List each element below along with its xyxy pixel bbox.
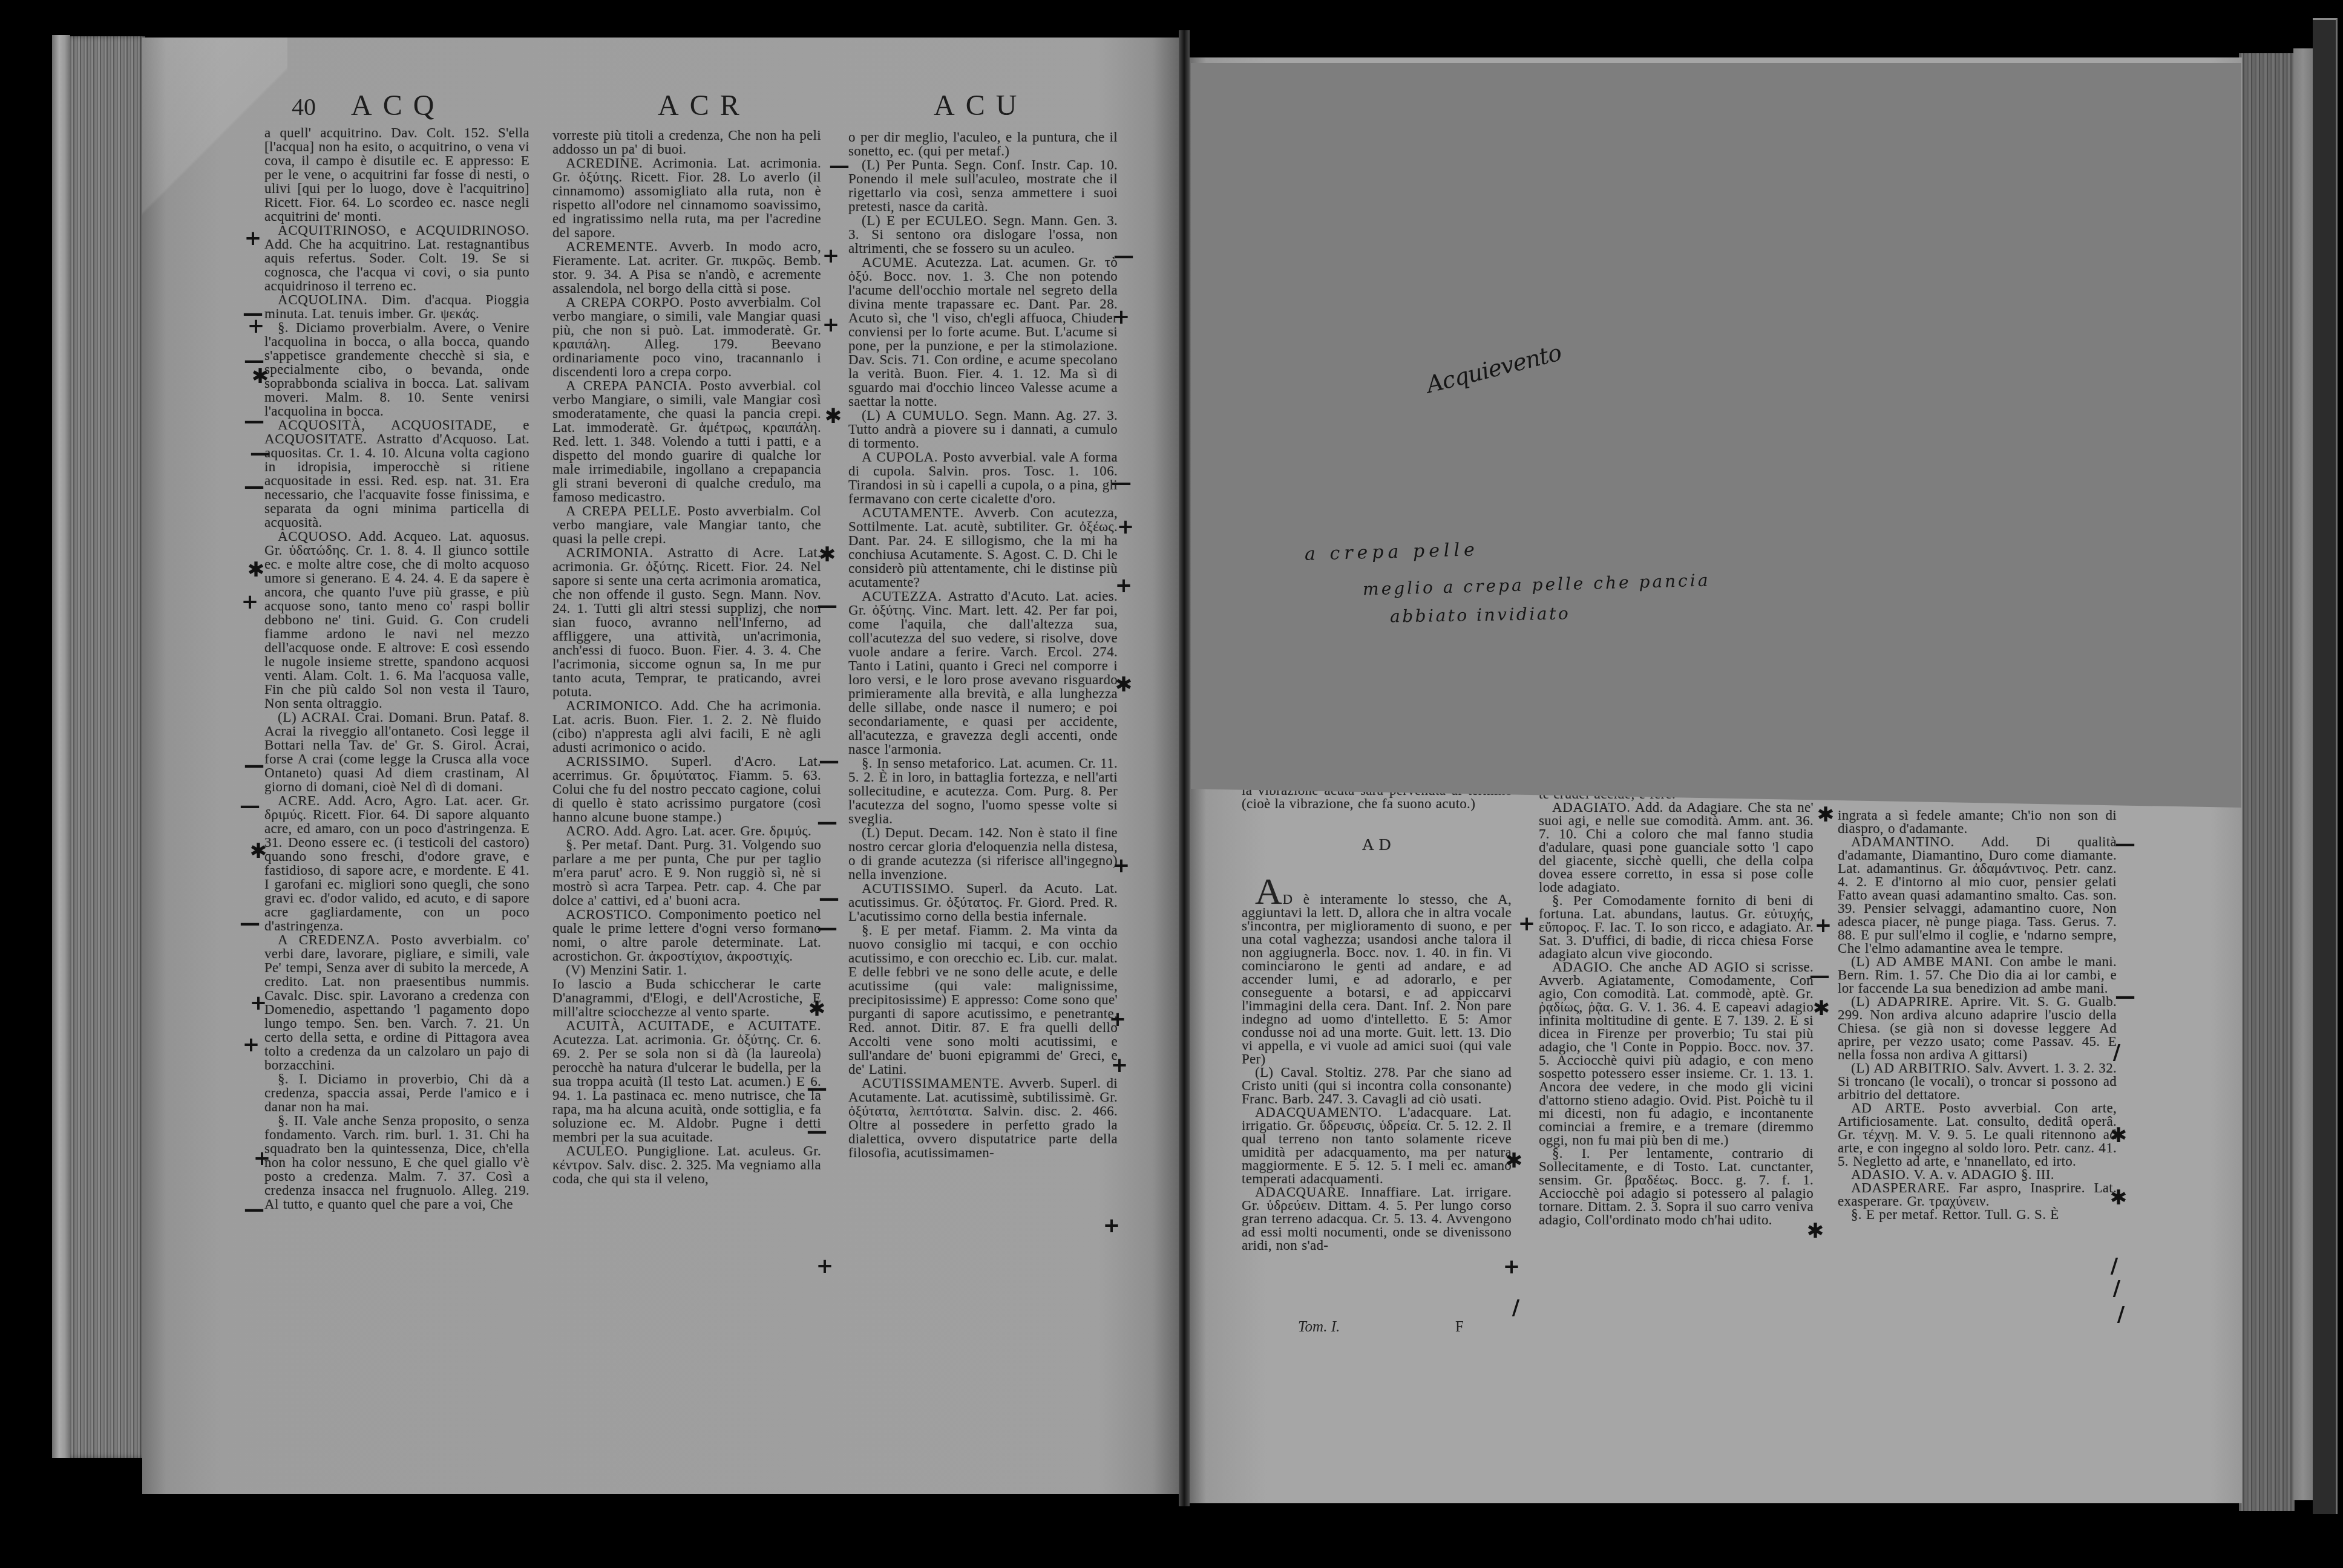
entry-text: §. II. Vale anche Senza proposito, o sen… (264, 1113, 529, 1212)
margin-dash-mark: — (807, 1078, 827, 1099)
entry-text: Io lascio a Buda schiccherar le carte D'… (552, 976, 821, 1019)
dictionary-entry: ACUTISSIMO. Superl. da Acuto. Lat. acuti… (848, 881, 1118, 923)
dictionary-entry: §. I. Diciamo in proverbio, Chi dà a cre… (264, 1072, 529, 1114)
dictionary-entry: §. E per metaf. Fiamm. 2. Ma vinta da nu… (848, 923, 1118, 1076)
headword: ACUTAMENTE. (862, 505, 964, 520)
margin-star-mark: ✱ (819, 544, 836, 565)
margin-dash-mark: — (2115, 986, 2135, 1007)
headword: A CREPA PELLE. (566, 503, 681, 518)
margin-cross-mark: + (241, 592, 259, 612)
headword: ACROSTICO. (566, 907, 652, 922)
dictionary-entry: ADACQUAMENTO. L'adacquare. Lat. irrigati… (1242, 1106, 1512, 1186)
headword: (L) ACRAI. (278, 710, 350, 725)
dictionary-entry: §. Per Comodamente fornito di beni di fo… (1539, 894, 1814, 961)
margin-cross-mark: + (1815, 915, 1832, 936)
entry-text: Astratto d'Acquoso. Lat. aquositas. Cr. … (264, 431, 529, 530)
dictionary-entry: §. I. Per lentamente, contrario di Solle… (1539, 1147, 1814, 1227)
headword: ACUTISSIMO. (862, 881, 954, 896)
running-head-center: ACR (658, 91, 750, 120)
dictionary-entry: (L) ACRAI. Crai. Domani. Brun. Pataf. 8.… (264, 710, 529, 794)
dictionary-entry: ACRIMONICO. Add. Che ha acrimonia. Lat. … (552, 699, 821, 754)
margin-star-mark: ✱ (1813, 998, 1830, 1019)
margin-cross-mark: + (1113, 307, 1130, 327)
left-page-stack (70, 36, 145, 1458)
dictionary-entry: A D (1242, 838, 1512, 852)
dictionary-entry: Io lascio a Buda schiccherar le carte D'… (552, 977, 821, 1019)
headword: A CREPA CORPO. (566, 295, 684, 310)
margin-dash-mark: — (819, 751, 839, 771)
headword: A D (1362, 835, 1392, 854)
dictionary-entry: A CREPA CORPO. Posto avverbialm. Col ver… (552, 295, 821, 379)
right-page-stack-band (2293, 48, 2313, 1500)
headword: ACUTISSIMAMENTE. (862, 1076, 1004, 1091)
dictionary-entry: ACUME. Acutezza. Lat. acumen. Gr. τὸ ὀξύ… (848, 255, 1118, 408)
entry-text: Add. Acqueo. Lat. aquosus. Gr. ὑδατώδης.… (264, 529, 529, 711)
margin-dash-mark: — (244, 1199, 264, 1220)
dictionary-entry: ACRISSIMO. Superl. d'Acro. Lat. acerrimu… (552, 754, 821, 824)
margin-star-mark: ✱ (1807, 1221, 1824, 1241)
dictionary-entry: ingrata a sì fedele amante; Ch'io non so… (1838, 809, 2117, 835)
margin-dash-mark: — (819, 888, 839, 909)
margin-dash-mark: — (240, 795, 260, 816)
entry-text: Astratto di Acre. Lat. acrimonia. Gr. ὀξ… (552, 545, 821, 699)
dictionary-entry: a quell' acquitrino. Dav. Colt. 152. S'e… (264, 126, 529, 223)
headword: ACUME. (862, 255, 917, 270)
left-column-3: o per dir meglio, l'aculeo, e la puntura… (848, 130, 1118, 1307)
dictionary-entry: ADAGIATO. Add. da Adagiare. Che sta ne' … (1539, 801, 1814, 894)
entry-text: (V) Menzini Satir. 1. (566, 962, 687, 978)
margin-star-mark: ✱ (825, 406, 842, 426)
entry-text: §. Diciamo proverbialm. Avere, o Venire … (264, 320, 529, 419)
entry-text: Acutezza. Lat. acumen. Gr. τὸ ὀξύ. Bocc.… (848, 255, 1118, 409)
dictionary-entry: AD è interamente lo stesso, che A, aggiu… (1242, 880, 1512, 1066)
margin-cross-mark: + (247, 316, 265, 336)
entry-text: Posto avverbialm. co' verbi dare, lavora… (264, 932, 529, 1073)
margin-dash-mark: — (244, 476, 264, 497)
dictionary-entry: §. Per metaf. Dant. Purg. 31. Volgendo s… (552, 838, 821, 907)
dictionary-entry: ACREDINE. Acrimonia. Lat. acrimonia. Gr.… (552, 156, 821, 240)
dictionary-entry: (L) ADAPRIRE. Aprire. Vit. S. G. Gualb. … (1838, 995, 2117, 1062)
dictionary-entry: ACRE. Add. Acro, Agro. Lat. acer. Gr. δρ… (264, 794, 529, 933)
dictionary-entry: (L) E per ECULEO. Segn. Mann. Gen. 3. 3.… (848, 214, 1118, 255)
margin-cross-mark: + (1109, 1009, 1127, 1030)
entry-text: o per dir meglio, l'aculeo, e la puntura… (848, 130, 1118, 158)
margin-cross-mark: + (1103, 1215, 1121, 1236)
margin-star-mark: ✱ (252, 366, 269, 387)
headword: ACRO. (566, 823, 610, 838)
margin-dash-mark: — (817, 918, 837, 938)
entry-text: §. I. Per lentamente, contrario di Solle… (1539, 1146, 1814, 1227)
margin-star-mark: ✱ (1506, 1151, 1523, 1171)
margin-dash-mark: — (250, 443, 270, 463)
dictionary-entry: ACQUOLINA. Dim. d'acqua. Pioggia minuta.… (264, 293, 529, 321)
dictionary-entry: (L) Caval. Stoltiz. 278. Par che siano a… (1242, 1066, 1512, 1106)
left-cover-edge (52, 35, 70, 1458)
margin-cross-mark: + (1115, 575, 1133, 596)
entry-text: Che anche AD AGIO si scrisse. Avverb. Ag… (1539, 959, 1814, 1148)
entry-text: a quell' acquitrino. Dav. Colt. 152. S'e… (264, 126, 529, 224)
right-column-1: la vibrazione acuta sarà pervenuta al te… (1242, 784, 1512, 1380)
headword: A CREPA PANCIA. (566, 378, 692, 393)
entry-text: Acutezza. Lat. acrimonia. Gr. ὀξύτης. Cr… (552, 1032, 821, 1145)
paper-slip-overlay: Acquievento a crepa pelle meglio a crepa… (1191, 63, 2241, 808)
entry-text: §. Per Comodamente fornito di beni di fo… (1539, 893, 1814, 961)
left-column-2: vorreste più titoli a credenza, Che non … (552, 128, 821, 1302)
headword: A CUPOLA. (862, 449, 938, 465)
dictionary-entry: (L) AD ARBITRIO. Salv. Avvert. 1. 3. 2. … (1838, 1062, 2117, 1102)
page-number: 40 (292, 95, 316, 119)
dictionary-entry: ACUTAMENTE. Avverb. Con acutezza, Sottil… (848, 506, 1118, 589)
right-column-3: ingrata a sì fedele amante; Ch'io non so… (1838, 809, 2117, 1380)
headword: A CREDENZA. (278, 932, 380, 947)
margin-cross-mark: + (243, 1034, 260, 1055)
margin-cross-mark: + (1117, 517, 1135, 537)
left-column-1: a quell' acquitrino. Dav. Colt. 152. S'e… (264, 126, 529, 1299)
right-column-2: te crudel uccide, e fere.ADAGIATO. Add. … (1539, 788, 1814, 1371)
dictionary-entry: ACQUOSITÀ, ACQUOSITADE, e ACQUOSITATE. A… (264, 418, 529, 529)
margin-star-mark: ✱ (2110, 1187, 2128, 1208)
dictionary-entry: A CREPA PELLE. Posto avverbialm. Col ver… (552, 504, 821, 546)
margin-dash-mark: — (817, 595, 837, 616)
headword: ACRIMONICO. (566, 698, 663, 713)
margin-cross-mark: + (244, 228, 262, 249)
margin-dash-mark: — (1809, 965, 1830, 986)
headword: ACRE. (278, 793, 320, 808)
headword: ACQUITRINOSO, e ACQUIDRINOSO. (278, 223, 529, 238)
entry-text: (L) Deput. Decam. 142. Non è stato il fi… (848, 825, 1118, 882)
margin-dash-mark: — (807, 1121, 827, 1142)
headword: ACQUOSO. (278, 529, 352, 544)
dictionary-entry: §. II. Vale anche Senza proposito, o sen… (264, 1114, 529, 1211)
entry-text: §. E per metaf. Rettor. Tull. G. S. È (1851, 1207, 2059, 1222)
margin-star-mark: ✱ (250, 841, 267, 861)
margin-cross-mark: + (816, 1256, 834, 1276)
entry-text: ingrata a sì fedele amante; Ch'io non so… (1838, 809, 2117, 836)
dictionary-entry: ACREMENTE. Avverb. In modo acro, Fierame… (552, 240, 821, 295)
dictionary-entry: vorreste più titoli a credenza, Che non … (552, 128, 821, 156)
dictionary-entry: ADASPERARE. Far aspro, Inasprire. Lat. e… (1838, 1181, 2117, 1208)
dictionary-entry: §. Diciamo proverbialm. Avere, o Venire … (264, 321, 529, 418)
dictionary-entry: ADACQUARE. Innaffiare. Lat. irrigare. Gr… (1242, 1186, 1512, 1252)
margin-dash-mark: — (2115, 834, 2135, 854)
dictionary-entry: A CREPA PANCIA. Posto avverbial. col ver… (552, 379, 821, 504)
margin-dash-mark: — (240, 913, 260, 933)
dictionary-entry: ADAGIO. Che anche AD AGIO si scrisse. Av… (1539, 961, 1814, 1147)
margin-slash-mark: / (1512, 1298, 1519, 1318)
margin-cross-mark: + (822, 246, 840, 266)
entry-text: vorreste più titoli a credenza, Che non … (552, 128, 821, 157)
entry-text: Add. Che ha acquitrino. Lat. restagnanti… (264, 237, 529, 293)
entry-text: Add. Agro. Lat. acer. Gre. δριμύς. (613, 823, 811, 838)
margin-dash-mark: — (1111, 472, 1132, 493)
margin-dash-mark: — (829, 155, 850, 176)
margin-slash-mark: / (2117, 1304, 2125, 1325)
dictionary-entry: (L) AD AMBE MANI. Con ambe le mani. Bern… (1838, 955, 2117, 995)
dictionary-entry: A CUPOLA. Posto avverbial. vale A forma … (848, 450, 1118, 506)
headword: ACUITÀ, ACUITADE, e ACUITATE. (566, 1018, 821, 1033)
handwritten-note-line-2: meglio a crepa pelle che pancia (1363, 570, 1711, 599)
dictionary-entry: ACROSTICO. Componimento poetico nel qual… (552, 907, 821, 963)
dictionary-entry: (L) A CUMULO. Segn. Mann. Ag. 27. 3. Tut… (848, 408, 1118, 450)
entry-text: §. I. Diciamo in proverbio, Chi dà a cre… (264, 1071, 529, 1114)
dictionary-entry: §. In senso metaforico. Lat. acumen. Cr.… (848, 756, 1118, 826)
handwritten-word: Acquievento (1424, 339, 1564, 399)
margin-cross-mark: + (822, 315, 840, 335)
entry-text: §. Per metaf. Dant. Purg. 31. Volgendo s… (552, 837, 821, 908)
dictionary-entry: ADAMANTINO. Add. Di qualità d'adamante, … (1838, 835, 2117, 955)
entry-text: Posto avverbial. col verbo Mangiare, o s… (552, 378, 821, 505)
headword: ACQUOLINA. (278, 292, 367, 307)
entry-text: §. In senso metaforico. Lat. acumen. Cr.… (848, 756, 1118, 826)
margin-dash-mark: — (817, 812, 837, 832)
margin-star-mark: ✱ (1817, 805, 1835, 825)
headword: ACUTEZZA. (862, 589, 942, 604)
margin-slash-mark: / (2113, 1278, 2120, 1299)
margin-slash-mark: / (2111, 1256, 2118, 1276)
dictionary-entry: ACULEO. Pungiglione. Lat. aculeus. Gr. κ… (552, 1144, 821, 1186)
right-page-stack (2239, 53, 2295, 1511)
handwritten-note-line-3: abbiato invidiato (1390, 603, 1571, 626)
entry-text: Add. Acro, Agro. Lat. acer. Gr. δριμύς. … (264, 793, 529, 933)
dictionary-entry: ACUITÀ, ACUITADE, e ACUITATE. Acutezza. … (552, 1019, 821, 1144)
margin-star-mark: ✱ (1115, 675, 1133, 695)
dictionary-entry: ACRIMONIA. Astratto di Acre. Lat. acrimo… (552, 546, 821, 699)
dictionary-entry: ADASIO. V. A. v. ADAGIO §. III. (1838, 1168, 2117, 1181)
headword: ACULEO. (566, 1143, 628, 1158)
entry-text: Add. da Adagiare. Che sta ne' suoi agi, … (1539, 800, 1814, 895)
running-head-right: ACU (934, 91, 1027, 120)
dictionary-entry: ACQUOSO. Add. Acqueo. Lat. aquosus. Gr. … (264, 529, 529, 710)
gathering-signature: F (1455, 1319, 1464, 1336)
dictionary-entry: ACUTEZZA. Astratto d'Acuto. Lat. acies. … (848, 589, 1118, 756)
margin-dash-mark: — (244, 755, 264, 776)
right-cover-edge (2313, 18, 2338, 1514)
book-gutter (1179, 30, 1190, 1506)
dictionary-entry: §. E per metaf. Rettor. Tull. G. S. È (1838, 1208, 2117, 1221)
margin-star-mark: ✱ (247, 560, 265, 580)
headword: ACREDINE. (566, 155, 643, 171)
entry-text: Add. Di qualità d'adamante, Diamantino, … (1838, 834, 2117, 956)
running-head-left: ACQ (351, 91, 445, 120)
margin-dash-mark: — (244, 411, 264, 431)
dictionary-entry: (L) Per Punta. Segn. Conf. Instr. Cap. 1… (848, 158, 1118, 214)
dictionary-entry: ACRO. Add. Agro. Lat. acer. Gre. δριμύς. (552, 824, 821, 838)
left-page: 40 ACQ ACR ACU a quell' acquitrino. Dav.… (142, 38, 1182, 1494)
entry-text: (L) Per Punta. Segn. Conf. Instr. Cap. 1… (848, 157, 1118, 214)
headword: (L) E per ECULEO. (862, 213, 987, 228)
margin-star-mark: ✱ (2110, 1125, 2128, 1146)
margin-cross-mark: + (254, 1148, 271, 1169)
dictionary-entry: (V) Menzini Satir. 1. (552, 963, 821, 977)
margin-cross-mark: + (1518, 913, 1536, 934)
dictionary-entry: AD ARTE. Posto avverbial. Con arte, Arti… (1838, 1102, 2117, 1168)
dictionary-entry: A CREDENZA. Posto avverbialm. co' verbi … (264, 933, 529, 1072)
margin-cross-mark: + (250, 993, 267, 1013)
right-page: la vibrazione acuta sarà pervenuta al te… (1188, 57, 2242, 1503)
margin-slash-mark: / (2113, 1042, 2120, 1063)
dictionary-entry: ACQUITRINOSO, e ACQUIDRINOSO. Add. Che h… (264, 223, 529, 293)
dictionary-entry: (L) Deput. Decam. 142. Non è stato il fi… (848, 826, 1118, 881)
headword: (L) A CUMULO. (862, 408, 969, 423)
headword: ACRIMONIA. (566, 545, 654, 560)
entry-text: Astratto d'Acuto. Lat. acies. Gr. ὀξύτης… (848, 589, 1118, 757)
dictionary-entry: ACUTISSIMAMENTE. Avverb. Superl. di Acut… (848, 1076, 1118, 1160)
entry-text: §. E per metaf. Fiamm. 2. Ma vinta da nu… (848, 923, 1118, 1077)
margin-cross-mark: + (1503, 1256, 1521, 1277)
dictionary-entry: o per dir meglio, l'aculeo, e la puntura… (848, 130, 1118, 158)
handwritten-note-line-1: a crepa pelle (1305, 539, 1480, 565)
margin-dash-mark: — (1113, 246, 1134, 266)
headword: ACREMENTE. (566, 239, 658, 254)
headword: ACRISSIMO. (566, 754, 649, 769)
entry-text: (L) Caval. Stoltiz. 278. Par che siano a… (1242, 1065, 1512, 1106)
margin-cross-mark: + (1111, 1055, 1129, 1076)
entry-text: è interamente lo stesso, che A, aggiunta… (1242, 892, 1512, 1067)
volume-signature: Tom. I. (1298, 1319, 1340, 1336)
margin-cross-mark: + (1113, 855, 1130, 876)
margin-star-mark: ✱ (808, 999, 826, 1019)
